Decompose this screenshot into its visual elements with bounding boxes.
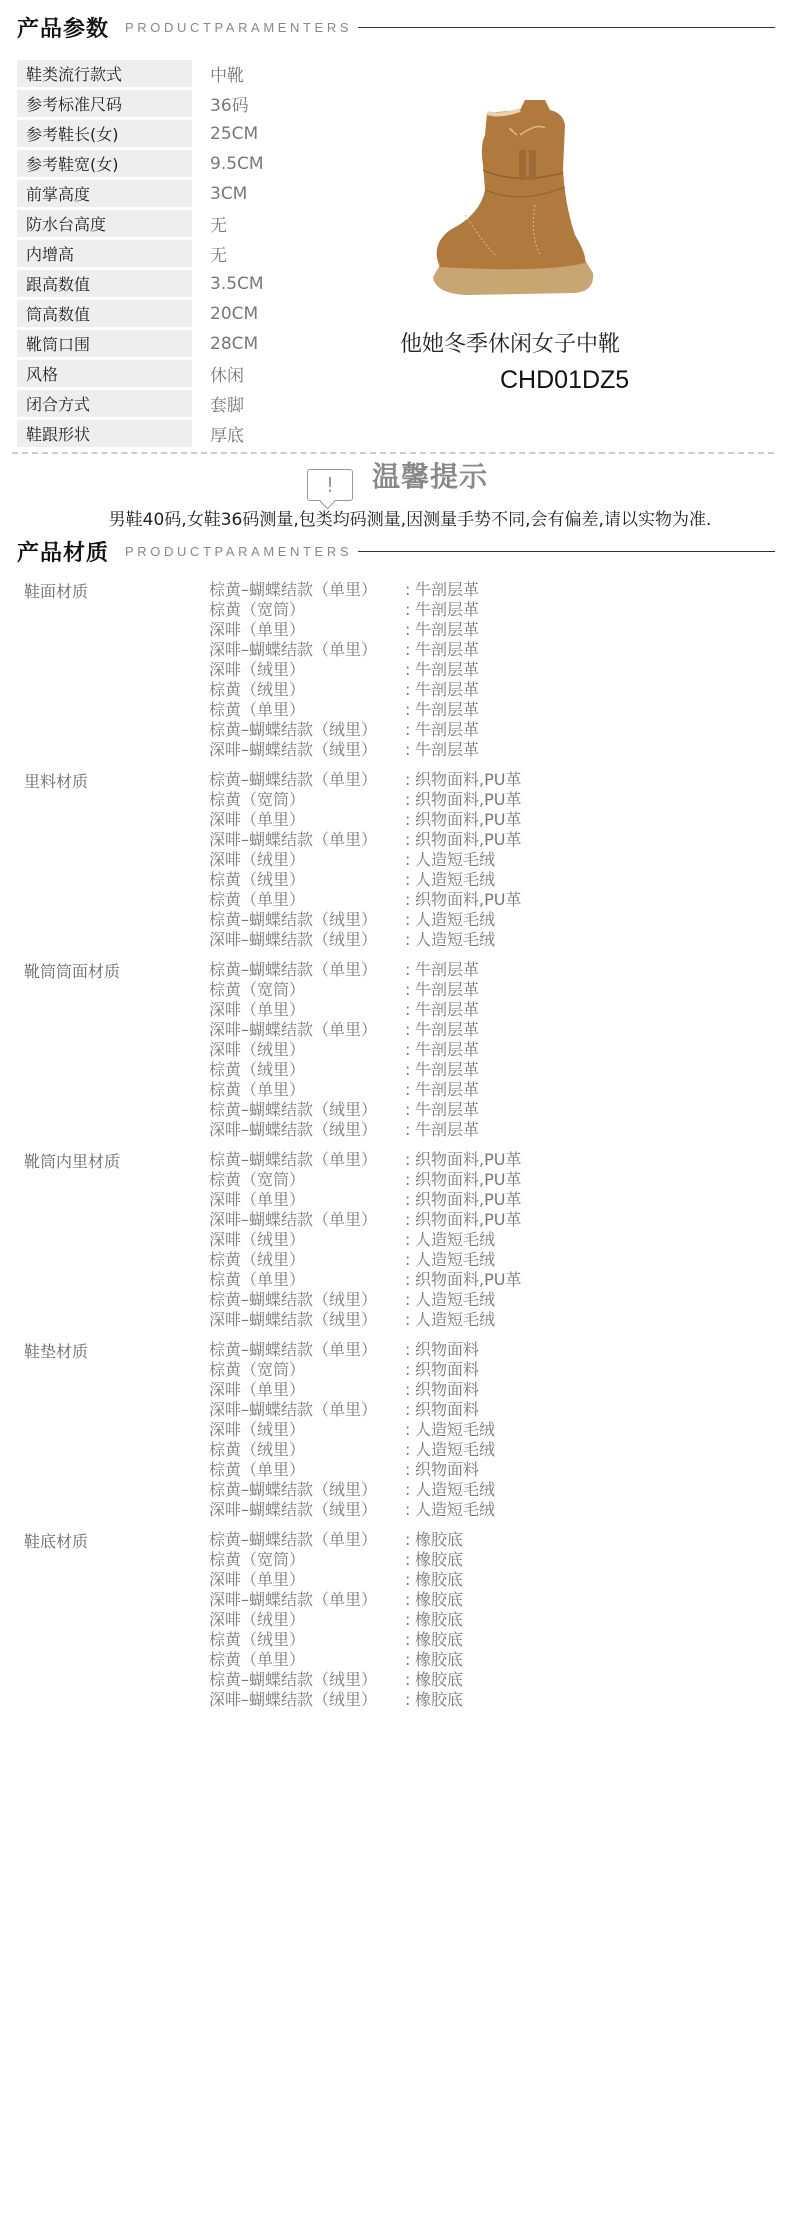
material-separator: :: [405, 870, 415, 890]
param-key: 参考标准尺码: [17, 90, 192, 117]
material-separator: :: [405, 680, 415, 700]
divider-line: [358, 27, 775, 28]
material-separator: :: [405, 1610, 415, 1630]
param-key: 筒高数值: [17, 300, 192, 327]
material-value: 人造短毛绒: [415, 1500, 495, 1520]
material-group: 鞋垫材质棕黄–蝴蝶结款（单里）:织物面料棕黄（宽筒）:织物面料深啡（单里）:织物…: [24, 1340, 764, 1520]
material-label: 靴筒筒面材质: [24, 960, 209, 1140]
material-line: 棕黄（绒里）:牛剖层革: [209, 680, 764, 700]
material-separator: :: [405, 1150, 415, 1170]
material-value: 牛剖层革: [415, 1060, 479, 1080]
material-line: 深啡（绒里）:橡胶底: [209, 1610, 764, 1630]
material-variant: 棕黄–蝴蝶结款（单里）: [209, 960, 405, 980]
material-variant: 棕黄–蝴蝶结款（绒里）: [209, 1290, 405, 1310]
material-line: 棕黄（绒里）:橡胶底: [209, 1630, 764, 1650]
material-value: 人造短毛绒: [415, 910, 495, 930]
param-key: 防水台高度: [17, 210, 192, 237]
material-label: 里料材质: [24, 770, 209, 950]
material-line: 棕黄–蝴蝶结款（绒里）:人造短毛绒: [209, 1290, 764, 1310]
material-line: 棕黄（单里）:牛剖层革: [209, 1080, 764, 1100]
material-variant: 棕黄（宽筒）: [209, 1550, 405, 1570]
material-value: 牛剖层革: [415, 960, 479, 980]
material-variant: 深啡（绒里）: [209, 1610, 405, 1630]
material-value: 橡胶底: [415, 1650, 463, 1670]
param-key: 闭合方式: [17, 390, 192, 417]
tip-text: 男鞋40码,女鞋36码测量,包类均码测量,因测量手势不同,会有偏差,请以实物为准…: [0, 505, 790, 530]
material-variant: 棕黄–蝴蝶结款（单里）: [209, 770, 405, 790]
param-value: 厚底: [192, 420, 244, 447]
material-line: 深啡（绒里）:人造短毛绒: [209, 850, 764, 870]
material-separator: :: [405, 1210, 415, 1230]
material-variant: 深啡（单里）: [209, 810, 405, 830]
param-key: 前掌高度: [17, 180, 192, 207]
material-line: 深啡–蝴蝶结款（绒里）:牛剖层革: [209, 740, 764, 760]
param-value: 25CM: [192, 120, 258, 147]
material-variant: 棕黄（宽筒）: [209, 790, 405, 810]
material-separator: :: [405, 1000, 415, 1020]
param-key: 参考鞋长(女): [17, 120, 192, 147]
material-separator: :: [405, 600, 415, 620]
param-row: 跟高数值3.5CM: [17, 270, 397, 300]
material-variant: 深啡–蝴蝶结款（单里）: [209, 640, 405, 660]
material-value: 牛剖层革: [415, 740, 479, 760]
material-value: 织物面料: [415, 1340, 479, 1360]
material-separator: :: [405, 620, 415, 640]
material-line: 棕黄–蝴蝶结款（绒里）:人造短毛绒: [209, 910, 764, 930]
material-variant: 深啡（单里）: [209, 1570, 405, 1590]
material-value: 牛剖层革: [415, 1040, 479, 1060]
material-separator: :: [405, 1530, 415, 1550]
section-header-materials: 产品材质 PRODUCTPARAMENTERS: [17, 536, 775, 566]
material-variant: 深啡–蝴蝶结款（单里）: [209, 830, 405, 850]
material-line: 棕黄（绒里）:人造短毛绒: [209, 1440, 764, 1460]
boot-icon: [433, 100, 593, 295]
material-variant: 棕黄（绒里）: [209, 1060, 405, 1080]
material-variant: 深啡（单里）: [209, 1000, 405, 1020]
material-separator: :: [405, 930, 415, 950]
material-line: 深啡（单里）:牛剖层革: [209, 620, 764, 640]
param-value: 9.5CM: [192, 150, 264, 177]
material-separator: :: [405, 1060, 415, 1080]
material-variant: 棕黄（单里）: [209, 1270, 405, 1290]
param-key: 鞋跟形状: [17, 420, 192, 447]
material-separator: :: [405, 1360, 415, 1380]
material-value: 织物面料: [415, 1460, 479, 1480]
material-variant: 深啡–蝴蝶结款（绒里）: [209, 930, 405, 950]
material-separator: :: [405, 1460, 415, 1480]
material-separator: :: [405, 1670, 415, 1690]
material-variant: 棕黄（绒里）: [209, 680, 405, 700]
material-variant: 棕黄（宽筒）: [209, 1360, 405, 1380]
material-separator: :: [405, 890, 415, 910]
material-value: 橡胶底: [415, 1630, 463, 1650]
param-row: 防水台高度无: [17, 210, 397, 240]
material-separator: :: [405, 830, 415, 850]
material-line: 深啡–蝴蝶结款（绒里）:人造短毛绒: [209, 1310, 764, 1330]
material-line: 棕黄–蝴蝶结款（绒里）:人造短毛绒: [209, 1480, 764, 1500]
material-line: 深啡（单里）:织物面料: [209, 1380, 764, 1400]
material-value: 橡胶底: [415, 1610, 463, 1630]
material-value: 织物面料,PU革: [415, 1170, 521, 1190]
material-label: 鞋底材质: [24, 1530, 209, 1710]
material-value: 牛剖层革: [415, 1080, 479, 1100]
material-variant: 棕黄（单里）: [209, 1460, 405, 1480]
material-variant: 棕黄–蝴蝶结款（单里）: [209, 1530, 405, 1550]
divider-line: [358, 551, 775, 552]
material-value: 牛剖层革: [415, 980, 479, 1000]
material-line: 深啡–蝴蝶结款（单里）:织物面料,PU革: [209, 1210, 764, 1230]
material-variant: 深啡–蝴蝶结款（单里）: [209, 1400, 405, 1420]
material-line: 棕黄（宽筒）:橡胶底: [209, 1550, 764, 1570]
material-variant: 棕黄（绒里）: [209, 1440, 405, 1460]
material-label: 靴筒内里材质: [24, 1150, 209, 1330]
material-variant: 棕黄（绒里）: [209, 1630, 405, 1650]
material-separator: :: [405, 1190, 415, 1210]
material-value: 牛剖层革: [415, 720, 479, 740]
material-separator: :: [405, 1690, 415, 1710]
material-line: 棕黄–蝴蝶结款（绒里）:橡胶底: [209, 1670, 764, 1690]
material-line: 棕黄（单里）:织物面料,PU革: [209, 1270, 764, 1290]
material-separator: :: [405, 1290, 415, 1310]
material-value: 人造短毛绒: [415, 1250, 495, 1270]
param-value: 无: [192, 210, 227, 237]
param-row: 参考鞋长(女)25CM: [17, 120, 397, 150]
material-separator: :: [405, 1550, 415, 1570]
material-separator: :: [405, 1500, 415, 1520]
material-line: 棕黄（宽筒）:织物面料: [209, 1360, 764, 1380]
material-separator: :: [405, 980, 415, 1000]
material-value: 织物面料,PU革: [415, 1190, 521, 1210]
material-line: 深啡–蝴蝶结款（单里）:织物面料: [209, 1400, 764, 1420]
material-variant: 棕黄（单里）: [209, 1080, 405, 1100]
material-variant: 深啡（绒里）: [209, 1040, 405, 1060]
param-row: 前掌高度3CM: [17, 180, 397, 210]
material-value: 牛剖层革: [415, 640, 479, 660]
section-title: 产品材质: [17, 536, 109, 567]
material-value: 织物面料,PU革: [415, 1270, 521, 1290]
product-image: [425, 95, 600, 300]
param-value: 3CM: [192, 180, 247, 207]
material-value: 人造短毛绒: [415, 1290, 495, 1310]
material-line: 棕黄（单里）:织物面料: [209, 1460, 764, 1480]
material-line: 棕黄（单里）:织物面料,PU革: [209, 890, 764, 910]
material-variant: 深啡（绒里）: [209, 1420, 405, 1440]
material-separator: :: [405, 790, 415, 810]
param-key: 跟高数值: [17, 270, 192, 297]
material-separator: :: [405, 1570, 415, 1590]
material-line: 深啡–蝴蝶结款（绒里）:人造短毛绒: [209, 930, 764, 950]
material-variant: 棕黄（绒里）: [209, 1250, 405, 1270]
material-variant: 深啡–蝴蝶结款（绒里）: [209, 740, 405, 760]
material-line: 棕黄–蝴蝶结款（单里）:牛剖层革: [209, 960, 764, 980]
material-variant: 棕黄–蝴蝶结款（绒里）: [209, 1480, 405, 1500]
material-variant: 深啡（单里）: [209, 1380, 405, 1400]
material-value: 人造短毛绒: [415, 1230, 495, 1250]
param-row: 筒高数值20CM: [17, 300, 397, 330]
material-value: 牛剖层革: [415, 1100, 479, 1120]
param-row: 参考标准尺码36码: [17, 90, 397, 120]
param-value: 20CM: [192, 300, 258, 327]
material-variant: 深啡（绒里）: [209, 850, 405, 870]
material-separator: :: [405, 1400, 415, 1420]
material-variant: 深啡–蝴蝶结款（绒里）: [209, 1310, 405, 1330]
material-value: 橡胶底: [415, 1550, 463, 1570]
material-line: 棕黄–蝴蝶结款（单里）:织物面料,PU革: [209, 770, 764, 790]
material-value: 牛剖层革: [415, 680, 479, 700]
material-variant: 棕黄–蝴蝶结款（绒里）: [209, 910, 405, 930]
material-line: 深啡–蝴蝶结款（单里）:牛剖层革: [209, 640, 764, 660]
material-separator: :: [405, 1630, 415, 1650]
material-line: 深啡（绒里）:牛剖层革: [209, 660, 764, 680]
materials-list: 鞋面材质棕黄–蝴蝶结款（单里）:牛剖层革棕黄（宽筒）:牛剖层革深啡（单里）:牛剖…: [24, 580, 764, 1720]
material-value: 人造短毛绒: [415, 1420, 495, 1440]
material-separator: :: [405, 1420, 415, 1440]
section-subtitle: PRODUCTPARAMENTERS: [125, 544, 352, 559]
material-line: 棕黄（宽筒）:牛剖层革: [209, 600, 764, 620]
material-variant: 棕黄（绒里）: [209, 870, 405, 890]
param-row: 鞋类流行款式中靴: [17, 60, 397, 90]
material-variant: 棕黄–蝴蝶结款（单里）: [209, 1340, 405, 1360]
material-value: 人造短毛绒: [415, 1310, 495, 1330]
material-value: 织物面料,PU革: [415, 790, 521, 810]
material-line: 深啡–蝴蝶结款（绒里）:牛剖层革: [209, 1120, 764, 1140]
material-value: 织物面料: [415, 1360, 479, 1380]
param-key: 参考鞋宽(女): [17, 150, 192, 177]
material-separator: :: [405, 1310, 415, 1330]
material-variant: 深啡–蝴蝶结款（绒里）: [209, 1690, 405, 1710]
material-separator: :: [405, 1120, 415, 1140]
material-separator: :: [405, 1230, 415, 1250]
material-value: 织物面料,PU革: [415, 890, 521, 910]
material-group: 里料材质棕黄–蝴蝶结款（单里）:织物面料,PU革棕黄（宽筒）:织物面料,PU革深…: [24, 770, 764, 950]
material-variant: 棕黄（单里）: [209, 1650, 405, 1670]
dashed-divider: [12, 452, 774, 454]
section-subtitle: PRODUCTPARAMENTERS: [125, 20, 352, 35]
material-line: 棕黄（宽筒）:牛剖层革: [209, 980, 764, 1000]
material-variant: 深啡（单里）: [209, 1190, 405, 1210]
product-code: CHD01DZ5: [500, 366, 629, 395]
material-line: 棕黄–蝴蝶结款（绒里）:牛剖层革: [209, 720, 764, 740]
material-group: 靴筒内里材质棕黄–蝴蝶结款（单里）:织物面料,PU革棕黄（宽筒）:织物面料,PU…: [24, 1150, 764, 1330]
material-line: 深啡（绒里）:人造短毛绒: [209, 1230, 764, 1250]
param-row: 内增高无: [17, 240, 397, 270]
material-line: 深啡（绒里）:人造短毛绒: [209, 1420, 764, 1440]
material-separator: :: [405, 720, 415, 740]
material-value: 橡胶底: [415, 1670, 463, 1690]
material-separator: :: [405, 580, 415, 600]
material-value: 织物面料: [415, 1400, 479, 1420]
material-value: 人造短毛绒: [415, 870, 495, 890]
material-variant: 棕黄–蝴蝶结款（单里）: [209, 580, 405, 600]
material-variant: 棕黄–蝴蝶结款（绒里）: [209, 1670, 405, 1690]
material-variant: 深啡（绒里）: [209, 660, 405, 680]
material-variant: 深啡–蝴蝶结款（单里）: [209, 1020, 405, 1040]
params-table: 鞋类流行款式中靴参考标准尺码36码参考鞋长(女)25CM参考鞋宽(女)9.5CM…: [17, 60, 397, 450]
material-line: 深啡（单里）:织物面料,PU革: [209, 810, 764, 830]
material-separator: :: [405, 700, 415, 720]
material-variant: 棕黄（宽筒）: [209, 600, 405, 620]
material-variant: 深啡–蝴蝶结款（绒里）: [209, 1500, 405, 1520]
material-separator: :: [405, 1270, 415, 1290]
material-value: 织物面料: [415, 1380, 479, 1400]
param-value: 28CM: [192, 330, 258, 357]
material-line: 棕黄–蝴蝶结款（单里）:牛剖层革: [209, 580, 764, 600]
material-label: 鞋面材质: [24, 580, 209, 760]
material-separator: :: [405, 1440, 415, 1460]
material-variant: 深啡–蝴蝶结款（绒里）: [209, 1120, 405, 1140]
material-value: 人造短毛绒: [415, 1480, 495, 1500]
param-value: 3.5CM: [192, 270, 264, 297]
material-line: 深啡（单里）:牛剖层革: [209, 1000, 764, 1020]
material-line: 棕黄（宽筒）:织物面料,PU革: [209, 790, 764, 810]
material-variant: 棕黄（单里）: [209, 890, 405, 910]
material-variant: 棕黄–蝴蝶结款（绒里）: [209, 1100, 405, 1120]
param-value: 无: [192, 240, 227, 267]
param-key: 鞋类流行款式: [17, 60, 192, 87]
material-separator: :: [405, 1100, 415, 1120]
material-value: 牛剖层革: [415, 660, 479, 680]
tip-title: 温馨提示: [372, 455, 488, 495]
material-separator: :: [405, 1040, 415, 1060]
section-header-params: 产品参数 PRODUCTPARAMENTERS: [17, 12, 775, 42]
product-name: 他她冬季休闲女子中靴: [400, 327, 620, 358]
material-line: 棕黄（单里）:橡胶底: [209, 1650, 764, 1670]
param-key: 靴筒口围: [17, 330, 192, 357]
material-value: 牛剖层革: [415, 600, 479, 620]
material-value: 织物面料,PU革: [415, 770, 521, 790]
material-line: 棕黄（单里）:牛剖层革: [209, 700, 764, 720]
material-line: 棕黄（宽筒）:织物面料,PU革: [209, 1170, 764, 1190]
param-row: 参考鞋宽(女)9.5CM: [17, 150, 397, 180]
material-separator: :: [405, 1340, 415, 1360]
material-variant: 深啡（单里）: [209, 620, 405, 640]
material-variant: 棕黄（单里）: [209, 700, 405, 720]
material-label: 鞋垫材质: [24, 1340, 209, 1520]
material-separator: :: [405, 910, 415, 930]
material-value: 牛剖层革: [415, 1120, 479, 1140]
material-variant: 棕黄（宽筒）: [209, 980, 405, 1000]
material-variant: 深啡–蝴蝶结款（单里）: [209, 1210, 405, 1230]
material-value: 织物面料,PU革: [415, 830, 521, 850]
param-value: 36码: [192, 90, 249, 117]
material-line: 深啡（绒里）:牛剖层革: [209, 1040, 764, 1060]
material-value: 橡胶底: [415, 1530, 463, 1550]
material-group: 鞋面材质棕黄–蝴蝶结款（单里）:牛剖层革棕黄（宽筒）:牛剖层革深啡（单里）:牛剖…: [24, 580, 764, 760]
material-value: 牛剖层革: [415, 1000, 479, 1020]
material-separator: :: [405, 1380, 415, 1400]
param-key: 风格: [17, 360, 192, 387]
material-line: 深啡（单里）:橡胶底: [209, 1570, 764, 1590]
material-value: 织物面料,PU革: [415, 810, 521, 830]
material-separator: :: [405, 1650, 415, 1670]
material-line: 棕黄–蝴蝶结款（单里）:织物面料,PU革: [209, 1150, 764, 1170]
material-line: 棕黄–蝴蝶结款（绒里）:牛剖层革: [209, 1100, 764, 1120]
material-line: 棕黄（绒里）:牛剖层革: [209, 1060, 764, 1080]
param-value: 中靴: [192, 60, 244, 87]
material-value: 橡胶底: [415, 1690, 463, 1710]
material-separator: :: [405, 960, 415, 980]
material-group: 鞋底材质棕黄–蝴蝶结款（单里）:橡胶底棕黄（宽筒）:橡胶底深啡（单里）:橡胶底深…: [24, 1530, 764, 1710]
material-separator: :: [405, 640, 415, 660]
material-separator: :: [405, 770, 415, 790]
param-row: 靴筒口围28CM: [17, 330, 397, 360]
material-value: 织物面料,PU革: [415, 1150, 521, 1170]
param-row: 鞋跟形状厚底: [17, 420, 397, 450]
material-value: 织物面料,PU革: [415, 1210, 521, 1230]
param-value: 休闲: [192, 360, 244, 387]
material-variant: 深啡–蝴蝶结款（单里）: [209, 1590, 405, 1610]
material-line: 深啡–蝴蝶结款（单里）:织物面料,PU革: [209, 830, 764, 850]
material-group: 靴筒筒面材质棕黄–蝴蝶结款（单里）:牛剖层革棕黄（宽筒）:牛剖层革深啡（单里）:…: [24, 960, 764, 1140]
exclamation-bubble-icon: !: [307, 469, 353, 501]
param-key: 内增高: [17, 240, 192, 267]
material-separator: :: [405, 810, 415, 830]
param-row: 风格休闲: [17, 360, 397, 390]
material-separator: :: [405, 850, 415, 870]
material-value: 牛剖层革: [415, 700, 479, 720]
material-value: 牛剖层革: [415, 1020, 479, 1040]
material-separator: :: [405, 660, 415, 680]
material-line: 深啡–蝴蝶结款（单里）:牛剖层革: [209, 1020, 764, 1040]
material-variant: 棕黄（宽筒）: [209, 1170, 405, 1190]
material-variant: 棕黄–蝴蝶结款（绒里）: [209, 720, 405, 740]
material-line: 深啡–蝴蝶结款（绒里）:橡胶底: [209, 1690, 764, 1710]
material-value: 人造短毛绒: [415, 1440, 495, 1460]
material-line: 棕黄（绒里）:人造短毛绒: [209, 870, 764, 890]
material-separator: :: [405, 1480, 415, 1500]
material-separator: :: [405, 740, 415, 760]
material-variant: 棕黄–蝴蝶结款（单里）: [209, 1150, 405, 1170]
material-value: 人造短毛绒: [415, 930, 495, 950]
material-variant: 深啡（绒里）: [209, 1230, 405, 1250]
material-line: 深啡（单里）:织物面料,PU革: [209, 1190, 764, 1210]
material-separator: :: [405, 1080, 415, 1100]
material-line: 棕黄–蝴蝶结款（单里）:橡胶底: [209, 1530, 764, 1550]
param-row: 闭合方式套脚: [17, 390, 397, 420]
param-value: 套脚: [192, 390, 244, 417]
material-separator: :: [405, 1170, 415, 1190]
material-value: 牛剖层革: [415, 580, 479, 600]
material-line: 棕黄–蝴蝶结款（单里）:织物面料: [209, 1340, 764, 1360]
material-value: 橡胶底: [415, 1590, 463, 1610]
material-value: 牛剖层革: [415, 620, 479, 640]
material-separator: :: [405, 1250, 415, 1270]
material-line: 深啡–蝴蝶结款（单里）:橡胶底: [209, 1590, 764, 1610]
material-value: 橡胶底: [415, 1570, 463, 1590]
section-title: 产品参数: [17, 12, 109, 43]
material-separator: :: [405, 1020, 415, 1040]
material-line: 棕黄（绒里）:人造短毛绒: [209, 1250, 764, 1270]
material-separator: :: [405, 1590, 415, 1610]
material-value: 人造短毛绒: [415, 850, 495, 870]
material-line: 深啡–蝴蝶结款（绒里）:人造短毛绒: [209, 1500, 764, 1520]
